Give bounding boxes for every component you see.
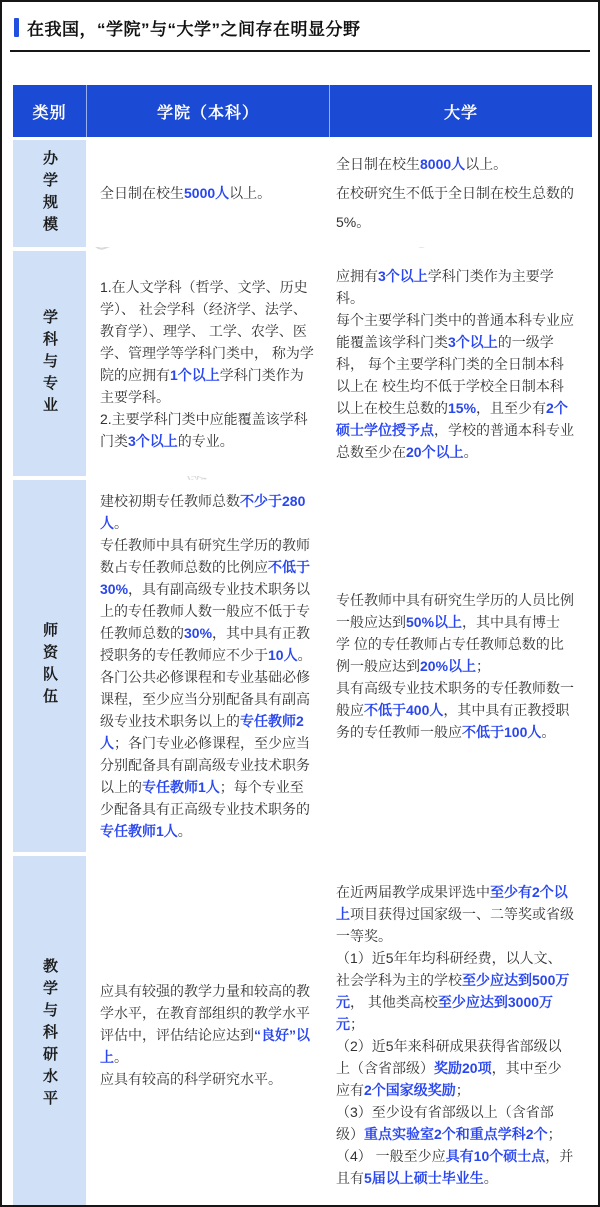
university-text: 在近两届教学成果评选中至少有2个以上项目获得过国家级一、二等奖或省级一等奖。 （… — [336, 881, 574, 1189]
category-cell: 教学与科研水平 — [13, 856, 86, 1207]
header-category: 类别 — [13, 85, 86, 137]
college-text: 应具有较强的教学力量和较高的教学水平，在教育部组织的教学水平评估中，评估结论应达… — [100, 980, 317, 1090]
university-text: 应拥有3个以上学科门类作为主要学科。 每个主要学科门类中的普通本科专业应能覆盖该… — [336, 265, 574, 463]
category-label: 教学与科研水平 — [42, 958, 57, 1112]
university-cell: 在近两届教学成果评选中至少有2个以上项目获得过国家级一、二等奖或省级一等奖。 （… — [329, 856, 592, 1207]
header-college: 学院（本科） — [86, 85, 329, 137]
college-text: 全日制在校生5000人以上。 — [100, 179, 317, 208]
university-text: 全日制在校生8000人以上。 在校研究生不低于全日制在校生总数的5%。 — [336, 150, 574, 237]
college-text: 建校初期专任教师总数不少于280人。 专任教师中具有研究生学历的教师数占专任教师… — [100, 490, 317, 842]
title-accent-bar-icon — [14, 18, 19, 37]
university-cell: 专任教师中具有研究生学历的人员比例一般应达到50%以上，其中具有博士学 位的专任… — [329, 480, 592, 852]
table-row-scale: 办学规模 全日制在校生5000人以上。 全日制在校生8000人以上。 在校研究生… — [13, 140, 592, 247]
category-label: 学科与专业 — [42, 309, 57, 419]
table-row-teaching-research: 教学与科研水平 应具有较强的教学力量和较高的教学水平，在教育部组织的教学水平评估… — [13, 856, 592, 1207]
college-cell: 建校初期专任教师总数不少于280人。 专任教师中具有研究生学历的教师数占专任教师… — [86, 480, 329, 852]
title-divider — [10, 50, 590, 52]
table-row-faculty: 师资队伍 建校初期专任教师总数不少于280人。 专任教师中具有研究生学历的教师数… — [13, 480, 592, 852]
header-university: 大学 — [329, 85, 592, 137]
college-cell: 1.在人文学科（哲学、文学、历史学）、 社会学科（经济学、法学、教育学）、理学、… — [86, 251, 329, 476]
category-cell: 办学规模 — [13, 140, 86, 247]
university-cell: 全日制在校生8000人以上。 在校研究生不低于全日制在校生总数的5%。 — [329, 140, 592, 247]
infographic-page: 在我国，“学院”与“大学”之间存在明显分野 类别 学院（本科） 大学 办学规模 … — [0, 0, 600, 1207]
category-label: 师资队伍 — [42, 622, 57, 710]
table-header-row: 类别 学院（本科） 大学 — [13, 85, 592, 137]
university-text: 专任教师中具有研究生学历的人员比例一般应达到50%以上，其中具有博士学 位的专任… — [336, 589, 574, 743]
college-cell: 全日制在校生5000人以上。 — [86, 140, 329, 247]
category-cell: 师资队伍 — [13, 480, 86, 852]
category-cell: 学科与专业 — [13, 251, 86, 476]
college-cell: 应具有较强的教学力量和较高的教学水平，在教育部组织的教学水平评估中，评估结论应达… — [86, 856, 329, 1207]
comparison-table: 类别 学院（本科） 大学 办学规模 全日制在校生5000人以上。 全日制在校生8… — [13, 85, 592, 1207]
category-label: 办学规模 — [42, 150, 57, 238]
table-row-disciplines: 学科与专业 1.在人文学科（哲学、文学、历史学）、 社会学科（经济学、法学、教育… — [13, 251, 592, 476]
college-text: 1.在人文学科（哲学、文学、历史学）、 社会学科（经济学、法学、教育学）、理学、… — [100, 276, 317, 452]
university-cell: 应拥有3个以上学科门类作为主要学科。 每个主要学科门类中的普通本科专业应能覆盖该… — [329, 251, 592, 476]
page-title: 在我国，“学院”与“大学”之间存在明显分野 — [27, 15, 361, 40]
title-bar: 在我国，“学院”与“大学”之间存在明显分野 — [2, 2, 598, 40]
